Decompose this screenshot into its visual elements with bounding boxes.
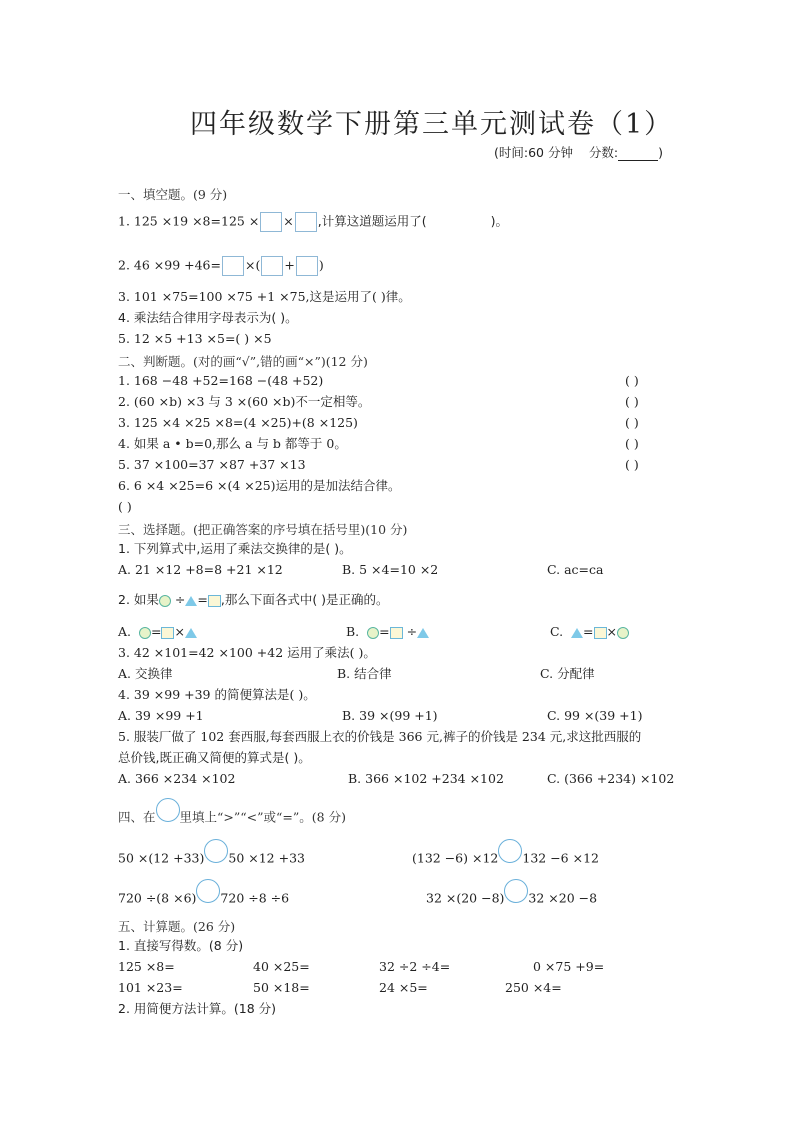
choice-question-4: 4. 39 ×99 +39 的简便算法是( )。 [118,687,316,703]
answer-box[interactable] [296,256,318,276]
calc-item[interactable]: 0 ×75 +9= [533,959,604,975]
option-2a[interactable]: A. =× [118,624,197,640]
calc-item[interactable]: 50 ×18= [253,980,310,996]
judge-answer-2[interactable]: ( ) [625,394,639,409]
judge-item-6: 6. 6 ×4 ×25=6 ×(4 ×25)运用的是加法结合律。 [118,478,401,494]
answer-box[interactable] [222,256,244,276]
calc-subheading-1: 1. 直接写得数。(8 分) [118,938,243,954]
section-1-heading: 一、填空题。(9 分) [118,185,227,203]
option-4a[interactable]: A. 39 ×99 +1 [118,708,204,724]
judge-answer-4[interactable]: ( ) [625,436,639,451]
square-shape-icon [161,627,174,639]
choice-question-5-line2: 总价钱,既正确又简便的算式是( )。 [118,750,311,766]
answer-box[interactable] [295,212,317,232]
fill-question-3: 3. 101 ×75=100 ×75 +1 ×75,这是运用了( )律。 [118,289,411,305]
option-3c[interactable]: C. 分配律 [540,666,595,682]
triangle-shape-icon [185,628,197,638]
score-label: 分数: [589,145,618,160]
time-label: (时间:60 分钟 [494,145,573,160]
compare-item-4: 32 ×(20 −8)32 ×20 −8 [426,887,597,911]
option-1a[interactable]: A. 21 ×12 +8=8 +21 ×12 [118,562,283,578]
calc-item[interactable]: 24 ×5= [379,980,428,996]
option-2c[interactable]: C. =× [550,624,629,640]
judge-item-1: 1. 168 −48 +52=168 −(48 +52) [118,373,323,389]
triangle-shape-icon [571,628,583,638]
section-3-heading: 三、选择题。(把正确答案的序号填在括号里)(10 分) [118,520,407,538]
fill-question-2: 2. 46 ×99 +46=×(+) [118,256,324,276]
page-title: 四年级数学下册第三单元测试卷（1） [190,102,673,141]
calc-subheading-2: 2. 用简便方法计算。(18 分) [118,1001,276,1017]
fill-question-5: 5. 12 ×5 +13 ×5=( ) ×5 [118,331,272,347]
circle-shape-icon [159,595,171,607]
calc-item[interactable]: 32 ÷2 ÷4= [379,959,450,975]
judge-item-3: 3. 125 ×4 ×25 ×8=(4 ×25)+(8 ×125) [118,415,358,431]
judge-answer-3[interactable]: ( ) [625,415,639,430]
option-2b[interactable]: B. = ÷ [346,624,429,640]
square-shape-icon [390,627,403,639]
option-3a[interactable]: A. 交换律 [118,666,172,682]
option-5b[interactable]: B. 366 ×102 +234 ×102 [348,771,504,787]
circle-shape-icon [617,627,629,639]
judge-answer-5[interactable]: ( ) [625,457,639,472]
judge-item-4: 4. 如果 a • b=0,那么 a 与 b 都等于 0。 [118,436,347,452]
fill-question-1: 1. 125 ×19 ×8=125 ××,计算这道题运用了()。 [118,212,508,232]
compare-circle-input[interactable] [498,839,522,863]
square-shape-icon [208,595,221,607]
calc-item[interactable]: 250 ×4= [505,980,562,996]
judge-answer-1[interactable]: ( ) [625,373,639,388]
choice-question-5-line1: 5. 服装厂做了 102 套西服,每套西服上衣的价钱是 366 元,裤子的价钱是… [118,729,641,745]
option-3b[interactable]: B. 结合律 [337,666,392,682]
calc-item[interactable]: 40 ×25= [253,959,310,975]
compare-item-2: (132 −6) ×12132 −6 ×12 [412,847,599,871]
answer-box[interactable] [260,212,282,232]
judge-item-5: 5. 37 ×100=37 ×87 +37 ×13 [118,457,306,473]
score-blank[interactable] [618,148,658,161]
circle-shape-icon [367,627,379,639]
square-shape-icon [594,627,607,639]
subtitle: (时间:60 分钟 分数:) [494,143,663,161]
option-4c[interactable]: C. 99 ×(39 +1) [547,708,642,724]
fill-question-4: 4. 乘法结合律用字母表示为( )。 [118,310,298,326]
compare-circle-input[interactable] [196,879,220,903]
option-5c[interactable]: C. (366 +234) ×102 [547,771,674,787]
option-5a[interactable]: A. 366 ×234 ×102 [118,771,235,787]
circle-shape-icon [139,627,151,639]
compare-circle-icon [156,798,180,822]
triangle-shape-icon [185,596,197,606]
compare-circle-input[interactable] [204,839,228,863]
calc-item[interactable]: 101 ×23= [118,980,183,996]
option-1c[interactable]: C. ac=ca [547,562,603,578]
section-5-heading: 五、计算题。(26 分) [118,917,235,935]
section-4-heading: 四、在里填上“>”“<”或“=”。(8 分) [118,806,346,830]
compare-circle-input[interactable] [504,879,528,903]
choice-question-1: 1. 下列算式中,运用了乘法交换律的是( )。 [118,541,352,557]
judge-answer-6[interactable]: ( ) [118,499,132,515]
option-4b[interactable]: B. 39 ×(99 +1) [342,708,438,724]
answer-box[interactable] [261,256,283,276]
section-2-heading: 二、判断题。(对的画“√”,错的画“×”)(12 分) [118,352,368,370]
choice-question-2: 2. 如果 ÷=,那么下面各式中( )是正确的。 [118,592,389,608]
compare-item-1: 50 ×(12 +33)50 ×12 +33 [118,847,305,871]
option-1b[interactable]: B. 5 ×4=10 ×2 [342,562,438,578]
choice-question-3: 3. 42 ×101=42 ×100 +42 运用了乘法( )。 [118,645,376,661]
judge-item-2: 2. (60 ×b) ×3 与 3 ×(60 ×b)不一定相等。 [118,394,370,410]
compare-item-3: 720 ÷(8 ×6)720 ÷8 ÷6 [118,887,289,911]
triangle-shape-icon [417,628,429,638]
calc-item[interactable]: 125 ×8= [118,959,175,975]
